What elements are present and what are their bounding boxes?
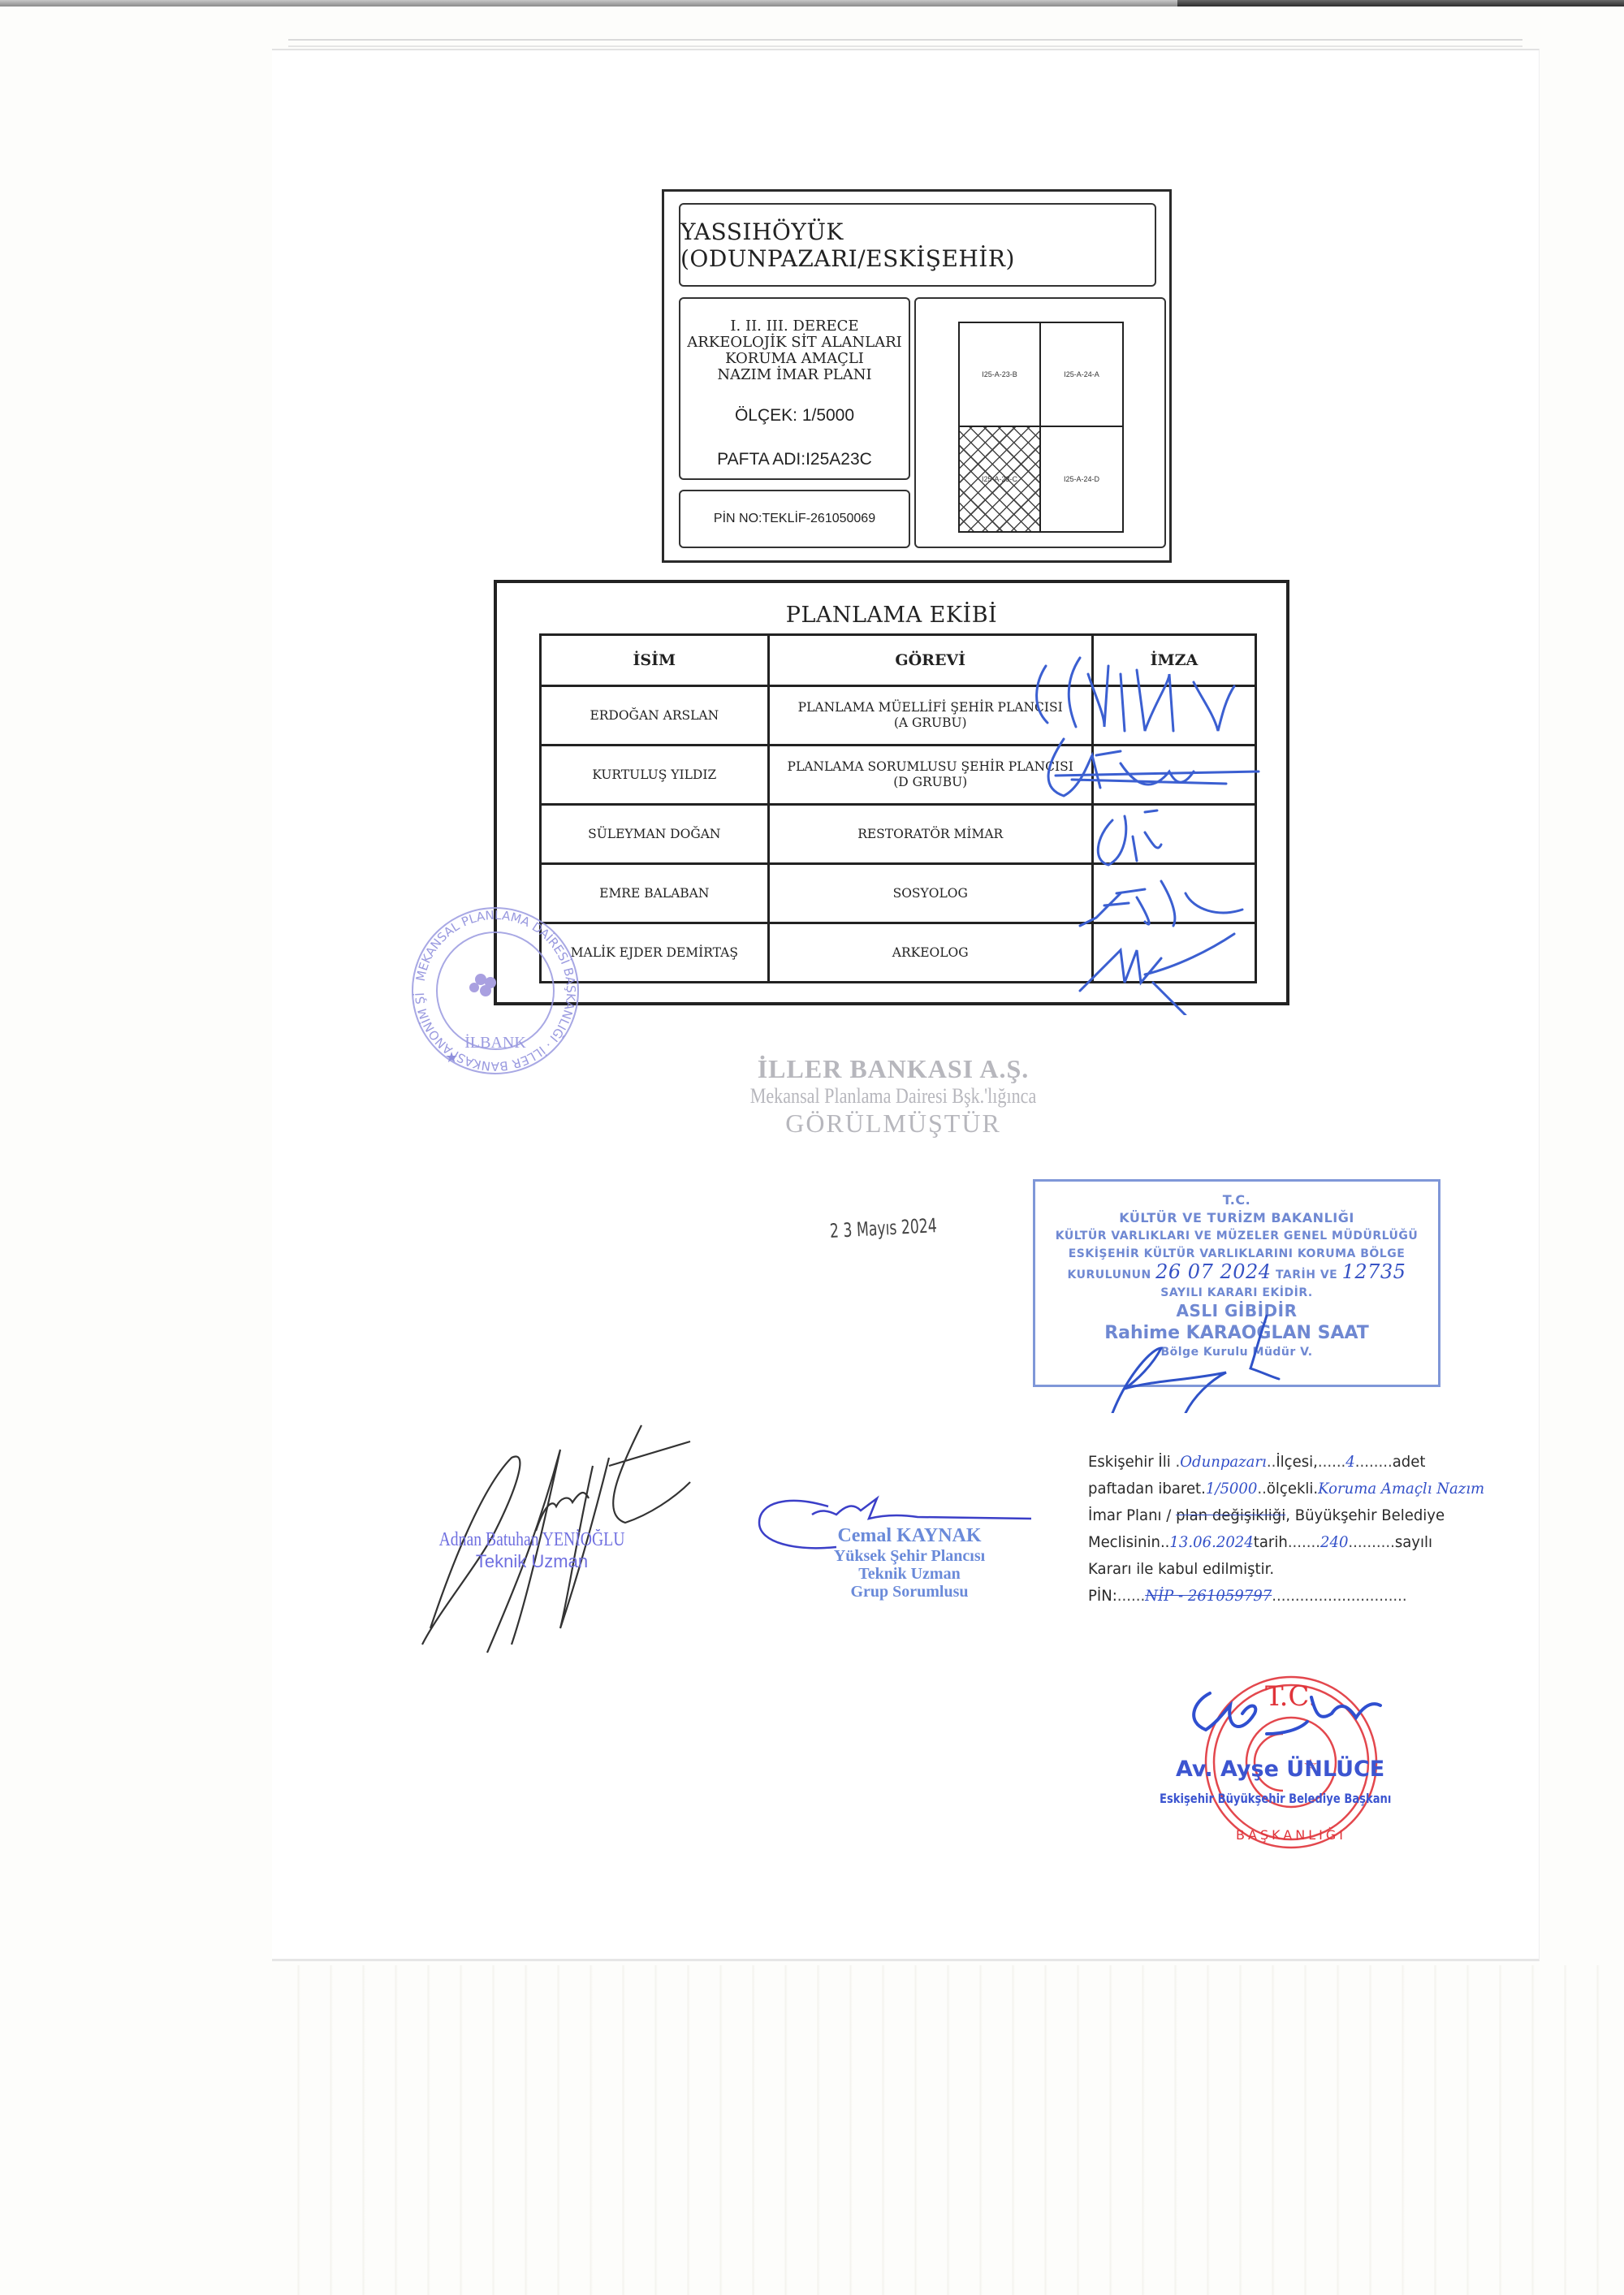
svg-text:T.C.: T.C. [1265,1680,1317,1713]
official-stamp-1: Adnan Batuhan YENİOĞLU Teknik Uzman [410,1529,654,1572]
handwritten-number: 12735 [1342,1260,1406,1283]
sheet-count: 4 [1345,1453,1354,1471]
svg-text:★: ★ [445,1049,458,1066]
sheet-index-grid: I25-A-23-B I25-A-24-A I25-A-23-C I25-A-2… [958,322,1124,533]
council-approval-text: Eskişehir İli .Odunpazarı..İlçesi,......… [1088,1449,1505,1610]
council-line: PİN:......NİP - 261059797...............… [1088,1583,1505,1610]
place-title: YASSIHÖYÜK (ODUNPAZARI/ESKİŞEHİR) [679,203,1156,287]
mayor-title: Eskişehir Büyükşehir Belediye Başkanı [1160,1791,1391,1806]
decision-number: 240 [1320,1533,1348,1551]
council-text: , Büyükşehir Belediye [1285,1506,1445,1524]
sheet-cell: I25-A-24-D [1041,427,1122,531]
mayor-name: Av. Ayşe ÜNLÜCE [1176,1757,1384,1782]
pin-value: NİP - 261059797 [1145,1587,1272,1605]
official-title: Grup Sorumlusu [804,1583,1015,1601]
official-title: Teknik Uzman [410,1551,654,1572]
plan-info-box: I. II. III. DERECE ARKEOLOJİK SİT ALANLA… [679,297,910,480]
council-line: Meclisinin..13.06.2024tarih.......240...… [1088,1529,1505,1556]
official-title: Yüksek Şehir Plancısı [804,1547,1015,1565]
team-signatures [1031,650,1275,1015]
council-text: tarih [1254,1533,1288,1551]
official-name: Adnan Batuhan YENİOĞLU [432,1529,632,1551]
official-title: Teknik Uzman [804,1565,1015,1583]
council-text: paftadan ibaret. [1088,1480,1206,1498]
sheet-cell-selected: I25-A-23-C [960,427,1041,531]
official-stamp-2: Cemal KAYNAK Yüksek Şehir Plancısı Tekni… [804,1525,1015,1601]
title-block: YASSIHÖYÜK (ODUNPAZARI/ESKİŞEHİR) I. II.… [662,189,1172,563]
plan-name-line: NAZIM İMAR PLANI [680,367,909,383]
decision-date: 13.06.2024 [1169,1533,1253,1551]
council-text: Meclisinin.. [1088,1533,1169,1551]
struck-text: plan değişikliği [1176,1506,1285,1524]
official-name: Cemal KAYNAK [804,1525,1015,1547]
council-text: Eskişehir İli [1088,1453,1171,1471]
plan-type-value: Koruma Amaçlı Nazım [1318,1480,1484,1498]
header-name: İSİM [541,635,769,686]
council-line: paftadan ibaret.1/5000..ölçekli.Koruma A… [1088,1476,1505,1502]
stamp-text: TARİH VE [1276,1269,1337,1281]
paper-edge [288,39,1522,47]
district-value: Odunpazarı [1180,1453,1267,1471]
svg-text:BAŞKANLIĞI: BAŞKANLIĞI [1236,1827,1346,1843]
plan-name: I. II. III. DERECE ARKEOLOJİK SİT ALANLA… [680,318,909,383]
council-text: İmar Planı / [1088,1506,1171,1524]
sheet-cell: I25-A-23-B [960,323,1041,427]
council-line: Kararı ile kabul edilmiştir. [1088,1556,1505,1583]
handwritten-date: 26 07 2024 [1155,1260,1271,1283]
approval-line: İLLER BANKASI A.Ş. [715,1054,1072,1084]
member-name: SÜLEYMAN DOĞAN [541,805,769,864]
council-text: İlçesi, [1276,1453,1318,1471]
sheet-index-box: I25-A-23-B I25-A-24-A I25-A-23-C I25-A-2… [914,297,1166,548]
stamp-line: KÜLTÜR VARLIKLARI VE MÜZELER GENEL MÜDÜR… [1035,1227,1438,1245]
sheet-cell: I25-A-24-A [1041,323,1122,427]
ilbank-seal: MEKANSAL PLANLAMA DAİRESİ BAŞKANLIĞI · İ… [406,901,585,1080]
stamp-line: KURULUNUN 26 07 2024 TARİH VE 12735 [1035,1263,1438,1284]
team-title: PLANLAMA EKİBİ [497,603,1286,628]
svg-text:İLBANK: İLBANK [464,1033,526,1052]
council-text: sayılı [1395,1533,1432,1551]
plan-name-line: KORUMA AMAÇLI [680,351,909,367]
approval-line: Mekansal Planlama Dairesi Bşk.'lığınca [741,1084,1045,1109]
council-line: İmar Planı / plan değişikliği, Büyükşehi… [1088,1502,1505,1529]
council-text: PİN: [1088,1587,1117,1605]
stamp-line: T.C. [1035,1191,1438,1209]
sheet-name: PAFTA ADI:I25A23C [680,450,909,469]
council-line: Eskişehir İli .Odunpazarı..İlçesi,......… [1088,1449,1505,1476]
plan-name-line: I. II. III. DERECE [680,318,909,335]
plan-name-line: ARKEOLOJİK SİT ALANLARI [680,335,909,351]
scan-background [268,1965,1624,2295]
pin-number: PİN NO:TEKLİF-261050069 [679,490,910,548]
mayor-seal: T.C. BAŞKANLIĞI ☆ [1161,1657,1421,1852]
plan-scale: ÖLÇEK: 1/5000 [680,406,909,426]
stamp-line: KÜLTÜR VE TURİZM BAKANLIĞI [1035,1209,1438,1227]
ilbank-approval-stamp: İLLER BANKASI A.Ş. Mekansal Planlama Dai… [715,1054,1072,1139]
approval-line: GÖRÜLMÜŞTÜR [715,1109,1072,1139]
stamp-text: KURULUNUN [1068,1269,1151,1281]
council-text: adet [1393,1453,1426,1471]
board-signature [1104,1291,1283,1413]
scanner-edge [0,0,1624,6]
scale-value: 1/5000 [1206,1480,1258,1498]
council-text: ölçekli. [1267,1480,1318,1498]
member-name: KURTULUŞ YILDIZ [541,746,769,805]
member-name: ERDOĞAN ARSLAN [541,686,769,746]
